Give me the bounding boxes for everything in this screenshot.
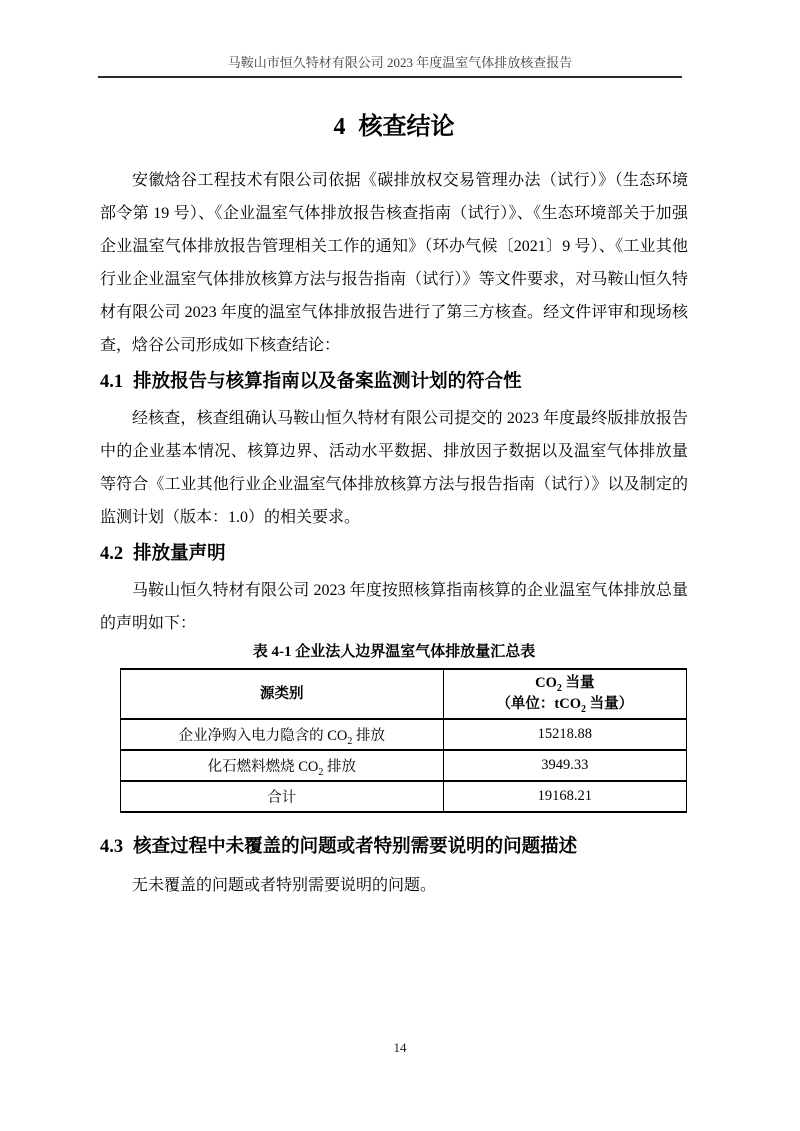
row-label: 合计: [121, 781, 444, 812]
table-header-source-type: 源类别: [121, 669, 444, 719]
row-label: 企业净购入电力隐含的 CO2 排放: [121, 719, 444, 750]
row-value: 19168.21: [443, 781, 686, 812]
page-number: 14: [0, 1040, 800, 1056]
emission-summary-table: 源类别 CO2 当量 （单位：tCO2 当量） 企业净购入电力隐含的 CO2 排…: [120, 668, 687, 813]
row-value: 3949.33: [443, 750, 686, 781]
section-4-2-number: 4.2: [100, 540, 123, 568]
table-caption: 表 4-1 企业法人边界温室气体排放量汇总表: [100, 642, 688, 662]
co2-equivalent-line1: CO2 当量: [448, 673, 682, 694]
section-4-3-heading: 4.3核查过程中未覆盖的问题或者特别需要说明的问题描述: [100, 833, 688, 861]
section-4-1-body: 经核查，核查组确认马鞍山恒久特材有限公司提交的 2023 年度最终版排放报告中的…: [100, 402, 688, 534]
chapter-title: 4核查结论: [100, 112, 688, 142]
report-page: 马鞍山市恒久特材有限公司 2023 年度温室气体排放核查报告 4核查结论 安徽焓…: [0, 0, 800, 1131]
co2-equivalent-line2: （单位：tCO2 当量）: [448, 694, 682, 715]
section-4-3-body: 无未覆盖的问题或者特别需要说明的问题。: [100, 869, 688, 902]
section-4-3-heading-text: 核查过程中未覆盖的问题或者特别需要说明的问题描述: [133, 837, 577, 857]
table-header-co2-equivalent: CO2 当量 （单位：tCO2 当量）: [443, 669, 686, 719]
section-4-2-heading: 4.2排放量声明: [100, 540, 688, 568]
row-label: 化石燃料燃烧 CO2 排放: [121, 750, 444, 781]
chapter-number: 4: [334, 112, 346, 142]
section-4-1-heading: 4.1排放报告与核算指南以及备案监测计划的符合性: [100, 368, 688, 396]
section-4-2-heading-text: 排放量声明: [133, 544, 226, 564]
table-row-total: 合计 19168.21: [121, 781, 687, 812]
running-header: 马鞍山市恒久特材有限公司 2023 年度温室气体排放核查报告: [0, 55, 800, 71]
chapter-title-text: 核查结论: [359, 114, 455, 140]
page-content: 4核查结论 安徽焓谷工程技术有限公司依据《碳排放权交易管理办法（试行）》（生态环…: [100, 112, 688, 902]
section-4-1-heading-text: 排放报告与核算指南以及备案监测计划的符合性: [133, 372, 522, 392]
header-divider-rule: [98, 76, 682, 78]
table-header-row: 源类别 CO2 当量 （单位：tCO2 当量）: [121, 669, 687, 719]
table-row-electricity: 企业净购入电力隐含的 CO2 排放 15218.88: [121, 719, 687, 750]
row-value: 15218.88: [443, 719, 686, 750]
intro-paragraph: 安徽焓谷工程技术有限公司依据《碳排放权交易管理办法（试行）》（生态环境部令第 1…: [100, 164, 688, 362]
table-row-fossil-fuel: 化石燃料燃烧 CO2 排放 3949.33: [121, 750, 687, 781]
section-4-2-body: 马鞍山恒久特材有限公司 2023 年度按照核算指南核算的企业温室气体排放总量的声…: [100, 574, 688, 640]
section-4-1-number: 4.1: [100, 368, 123, 396]
section-4-3-number: 4.3: [100, 833, 123, 861]
